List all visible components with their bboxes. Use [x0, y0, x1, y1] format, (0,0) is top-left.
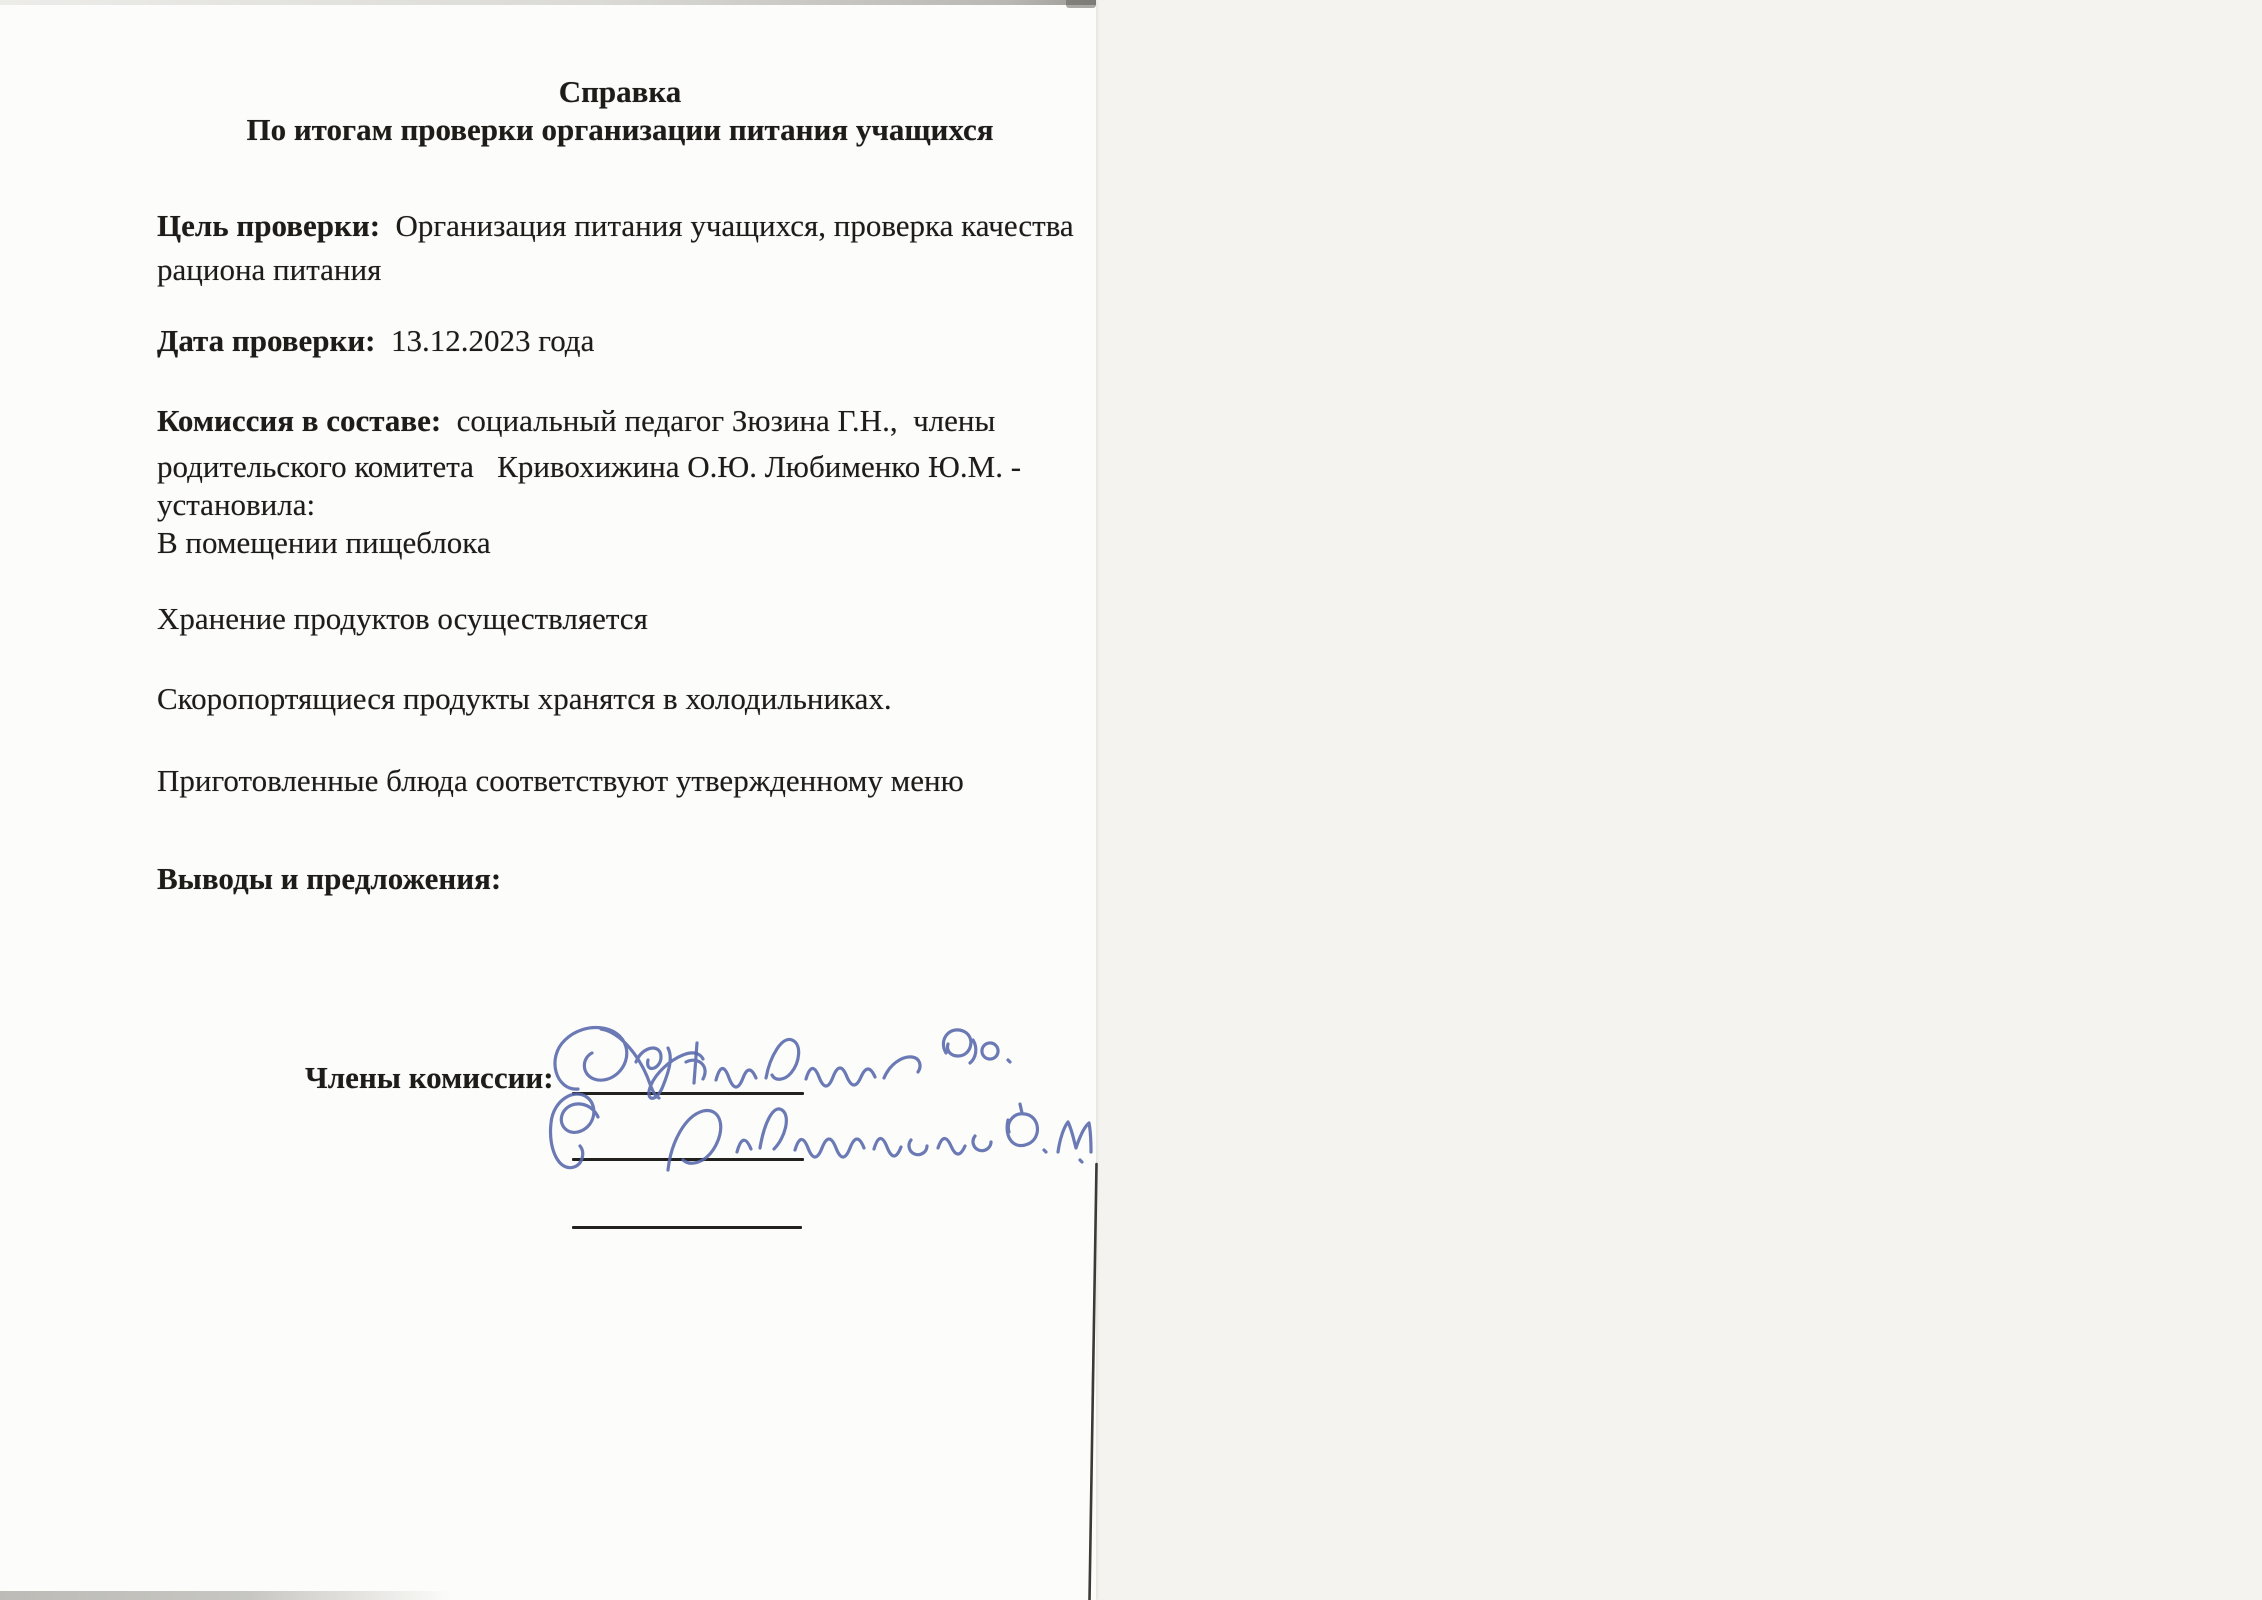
page-title: Справка	[160, 73, 1080, 111]
goal-line-2: рациона питания	[157, 250, 381, 290]
page-top-edge-shadow	[0, 0, 1096, 5]
page-corner-shadow	[1066, 0, 1096, 8]
goal-line-1: Цель проверки: Организация питания учащи…	[157, 206, 1074, 246]
goal-label: Цель проверки:	[157, 208, 380, 243]
date-line: Дата проверки: 13.12.2023 года	[157, 321, 594, 361]
commission-line-4: В помещении пищеблока	[157, 523, 491, 563]
commission-line-3: установила:	[157, 485, 315, 525]
signature-line-3	[572, 1226, 802, 1229]
document-page: Справка По итогам проверки организации п…	[0, 0, 1096, 1600]
signature-line-2	[572, 1158, 804, 1161]
page-subtitle: По итогам проверки организации питания у…	[160, 111, 1080, 149]
signature-line-1	[572, 1092, 804, 1095]
commission-line-1: Комиссия в составе: социальный педагог З…	[157, 401, 995, 441]
commission-label: Комиссия в составе:	[157, 403, 441, 438]
date-label: Дата проверки:	[157, 323, 376, 358]
commission-members-label: Члены комиссии:	[305, 1058, 554, 1098]
commission-text: социальный педагог Зюзина Г.Н., члены	[441, 403, 995, 438]
goal-text: Организация питания учащихся, проверка к…	[380, 208, 1074, 243]
storage-line: Хранение продуктов осуществляется	[157, 599, 648, 639]
scanned-document-backdrop: Справка По итогам проверки организации п…	[0, 0, 2262, 1600]
document-title-block: Справка По итогам проверки организации п…	[160, 73, 1080, 149]
commission-line-2: родительского комитета Кривохижина О.Ю. …	[157, 447, 1021, 487]
perishables-line: Скоропортящиеся продукты хранятся в холо…	[157, 679, 892, 719]
conclusions-label: Выводы и предложения:	[157, 859, 501, 899]
date-value: 13.12.2023 года	[376, 323, 595, 358]
page-bottom-edge-shadow	[0, 1591, 452, 1600]
dishes-line: Приготовленные блюда соответствуют утвер…	[157, 761, 964, 801]
